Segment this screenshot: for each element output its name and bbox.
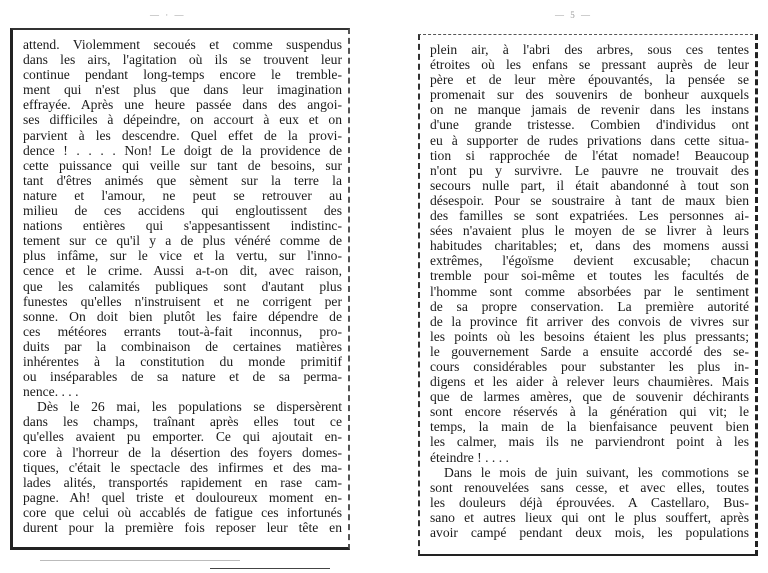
text-line: nations entières qui s'appesantissent in… [23, 218, 342, 233]
text-line: sont renouvelées sans cesse, et avec ell… [430, 480, 749, 495]
text-line: père et de leur mère épouvantés, la pens… [430, 72, 749, 87]
text-line: lades alités, transportés rapidement en … [23, 475, 342, 490]
text-line: ou inséparables de sa nature et de sa pe… [23, 369, 342, 384]
text-line: duits par la combinaison de certaines ma… [23, 339, 342, 354]
text-line: temps, la main de la bienfaisance peuven… [430, 419, 749, 434]
text-line: extrêmes, l'égoïsme devient excusable; c… [430, 253, 749, 268]
text-line: pagne. Ah! quel triste et douloureux mom… [23, 490, 342, 505]
text-line: Dès le 26 mai, les populations se disper… [23, 399, 342, 414]
right-page: plein air, à l'abri des arbres, sous ces… [418, 34, 758, 556]
text-line: le gouvernement Sarde a ensuite accordé … [430, 344, 749, 359]
text-line: inhérentes à la constitution du monde pr… [23, 354, 342, 369]
text-line: nature et l'amour, ne peut se retrouver … [23, 188, 342, 203]
scan-artifact-line [210, 568, 330, 569]
text-line: on ne manque jamais de revenir dans les … [430, 102, 749, 117]
text-line: cette puissance qui veille sur tant de b… [23, 158, 342, 173]
text-line: sées n'avaient plus le moyen de se livre… [430, 223, 749, 238]
text-line: les douleurs déjà éprouvées. A Castellar… [430, 495, 749, 510]
text-line: plein air, à l'abri des arbres, sous ces… [430, 42, 749, 57]
text-line: Dans le mois de juin suivant, les commot… [430, 465, 749, 480]
text-line: digens et les aider à relever leurs chau… [430, 374, 749, 389]
text-line: des familles se sont expatriées. Les per… [430, 208, 749, 223]
text-line: étroites où les enfans se pressant auprè… [430, 57, 749, 72]
right-page-number: — 5 — [555, 10, 592, 20]
text-line: ment qui n'est plus que dans leur imagin… [23, 82, 342, 97]
text-line: de la province fit arriver des convois d… [430, 314, 749, 329]
left-page: attend. Violemment secoués et comme susp… [10, 28, 350, 550]
text-line: tion si rapprochée de l'état nomade! Bea… [430, 148, 749, 163]
text-line: les calmer, mais ils ne parviendront poi… [430, 434, 749, 449]
text-line: tant d'êtres animés que sèment sur la te… [23, 173, 342, 188]
text-line: tement sur ce qu'il y a de plus vénéré c… [23, 233, 342, 248]
text-line: effrayée. Après une heure passée dans de… [23, 97, 342, 112]
text-line: les points où les besoins étaient les pl… [430, 329, 749, 344]
text-line: dans les airs, l'agitation où ils se tro… [23, 52, 342, 67]
text-line: plus infâme, sur le vice et la vertu, su… [23, 248, 342, 263]
text-line: éteindre ! . . . . [430, 450, 749, 465]
text-line: cours considérables pour substanter les … [430, 359, 749, 374]
text-line: durent pour la première fois reposer leu… [23, 520, 342, 535]
text-line: core que celui où accablés de fatigue ce… [23, 505, 342, 520]
text-line: milieu de ces accidens qui engloutissent… [23, 203, 342, 218]
text-line: de sa propre conservation. La première a… [430, 299, 749, 314]
text-line: sonne. On doit bien plutôt les faire dép… [23, 309, 342, 324]
text-line: n'ont pu y survivre. Le pauvre ne trouva… [430, 163, 749, 178]
text-line: tiques, c'était le spectacle des infirme… [23, 460, 342, 475]
text-line: d'une grande tristesse. Combien d'indivi… [430, 117, 749, 132]
text-line: dans les champs, traînant après elles to… [23, 414, 342, 429]
scan-artifact-line [40, 560, 240, 561]
text-line: promenait sur des souvenirs de bonheur a… [430, 87, 749, 102]
text-line: sano et autres lieux qui ont le plus sou… [430, 510, 749, 525]
book-spread: — · — — 5 — attend. Violemment secoués e… [0, 0, 768, 573]
left-page-text: attend. Violemment secoués et comme susp… [13, 30, 348, 535]
text-line: qu'elles avaient pu emporter. Ce qui ajo… [23, 429, 342, 444]
text-line: core à l'horreur de la désertion des foy… [23, 445, 342, 460]
text-line: eu à supporter de rudes privations dans … [430, 133, 749, 148]
text-line: cence et le crime. Aussi a-t-on dit, ave… [23, 263, 342, 278]
text-line: tremble pour soi-même et toutes les facu… [430, 268, 749, 283]
text-line: que les calamités publiques sont d'autan… [23, 279, 342, 294]
text-line: continue pendant long-temps encore le tr… [23, 67, 342, 82]
text-line: nence. . . . [23, 384, 342, 399]
text-line: habitudes charitables; et, dans des mome… [430, 238, 749, 253]
text-line: ses difficiles à dépeindre, on accourt à… [23, 112, 342, 127]
text-line: désespoir. Pour se soustraire à tant de … [430, 193, 749, 208]
text-line: avoir campé pendant deux mois, les popul… [430, 525, 749, 540]
text-line: funestes qu'elles n'instruisent et ne co… [23, 294, 342, 309]
text-line: dence ! . . . . Non! Le doigt de la prov… [23, 143, 342, 158]
left-page-number: — · — [150, 10, 186, 20]
text-line: que de larmes amères, que de souvenir dé… [430, 389, 749, 404]
text-line: attend. Violemment secoués et comme susp… [23, 37, 342, 52]
text-line: parvient à les descendre. Quel effet de … [23, 128, 342, 143]
text-line: secours nulle part, il était abandonné à… [430, 178, 749, 193]
right-page-text: plein air, à l'abri des arbres, sous ces… [420, 35, 755, 540]
text-line: l'homme sont comme absorbées par le sent… [430, 284, 749, 299]
text-line: ces météores errants tout-à-fait inconnu… [23, 324, 342, 339]
text-line: sont encore réservés à la génération qui… [430, 404, 749, 419]
